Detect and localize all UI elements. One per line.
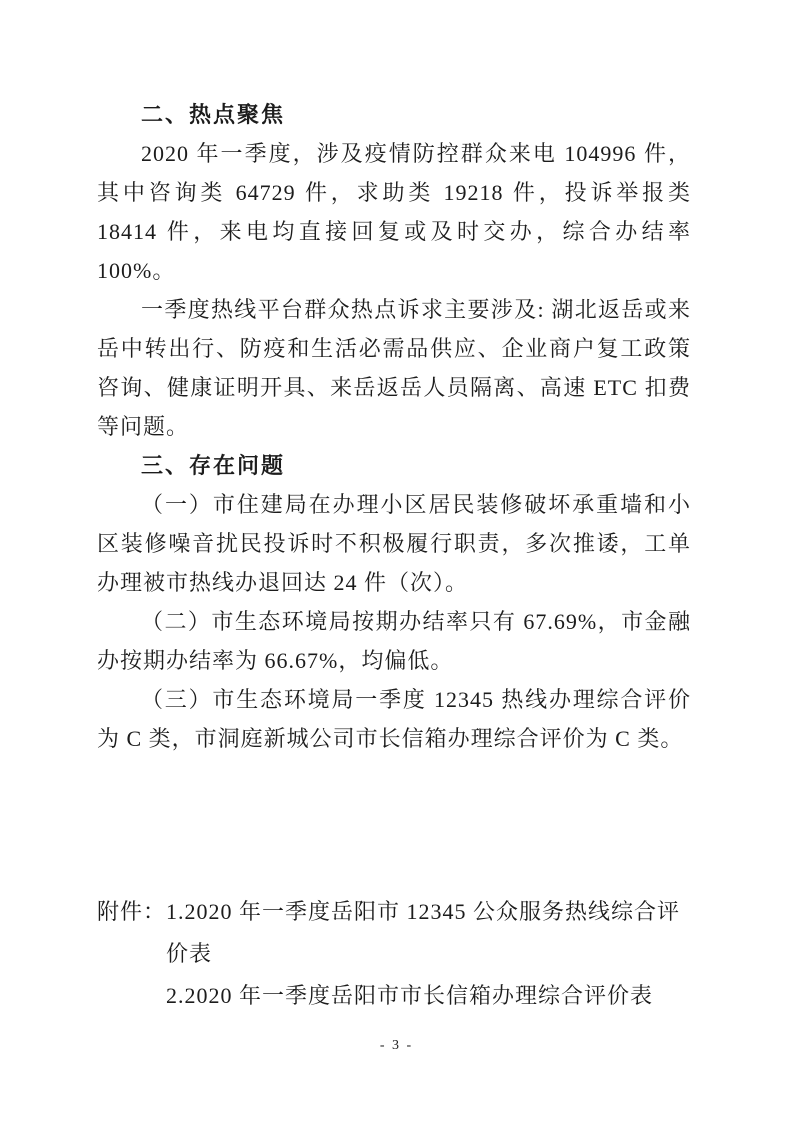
document-page: 二、热点聚焦 2020 年一季度，涉及疫情防控群众来电 104996 件，其中咨… [0,0,793,1122]
page-number: - 3 - [0,1038,793,1054]
attachment-item-mayor-mailbox-evaluation-table: 2.2020 年一季度岳阳市市长信箱办理综合评价表 [166,975,691,1017]
paragraph-problem-2-completion-rates: （二）市生态环境局按期办结率只有 67.69%，市金融办按期办结率为 66.67… [97,602,691,680]
section-heading-hotspot-focus: 二、热点聚焦 [97,95,691,134]
attachments-label: 附件： [97,891,166,1017]
paragraph-hotline-hot-demands: 一季度热线平台群众热点诉求主要涉及: 湖北返岳或来岳中转出行、防疫和生活必需品供… [97,290,691,446]
attachments-list: 1.2020 年一季度岳阳市 12345 公众服务热线综合评价表 2.2020 … [166,891,691,1017]
paragraph-epidemic-call-statistics: 2020 年一季度，涉及疫情防控群众来电 104996 件，其中咨询类 6472… [97,134,691,290]
paragraph-problem-3-grade-c-ratings: （三）市生态环境局一季度 12345 热线办理综合评价为 C 类，市洞庭新城公司… [97,680,691,758]
attachment-item-hotline-evaluation-table: 1.2020 年一季度岳阳市 12345 公众服务热线综合评价表 [166,891,691,975]
section-heading-existing-problems: 三、存在问题 [97,446,691,485]
attachments-block: 附件： 1.2020 年一季度岳阳市 12345 公众服务热线综合评价表 2.2… [97,891,691,1017]
document-body: 二、热点聚焦 2020 年一季度，涉及疫情防控群众来电 104996 件，其中咨… [97,95,691,1017]
paragraph-problem-1-housing-bureau: （一）市住建局在办理小区居民装修破坏承重墙和小区装修噪音扰民投诉时不积极履行职责… [97,485,691,602]
